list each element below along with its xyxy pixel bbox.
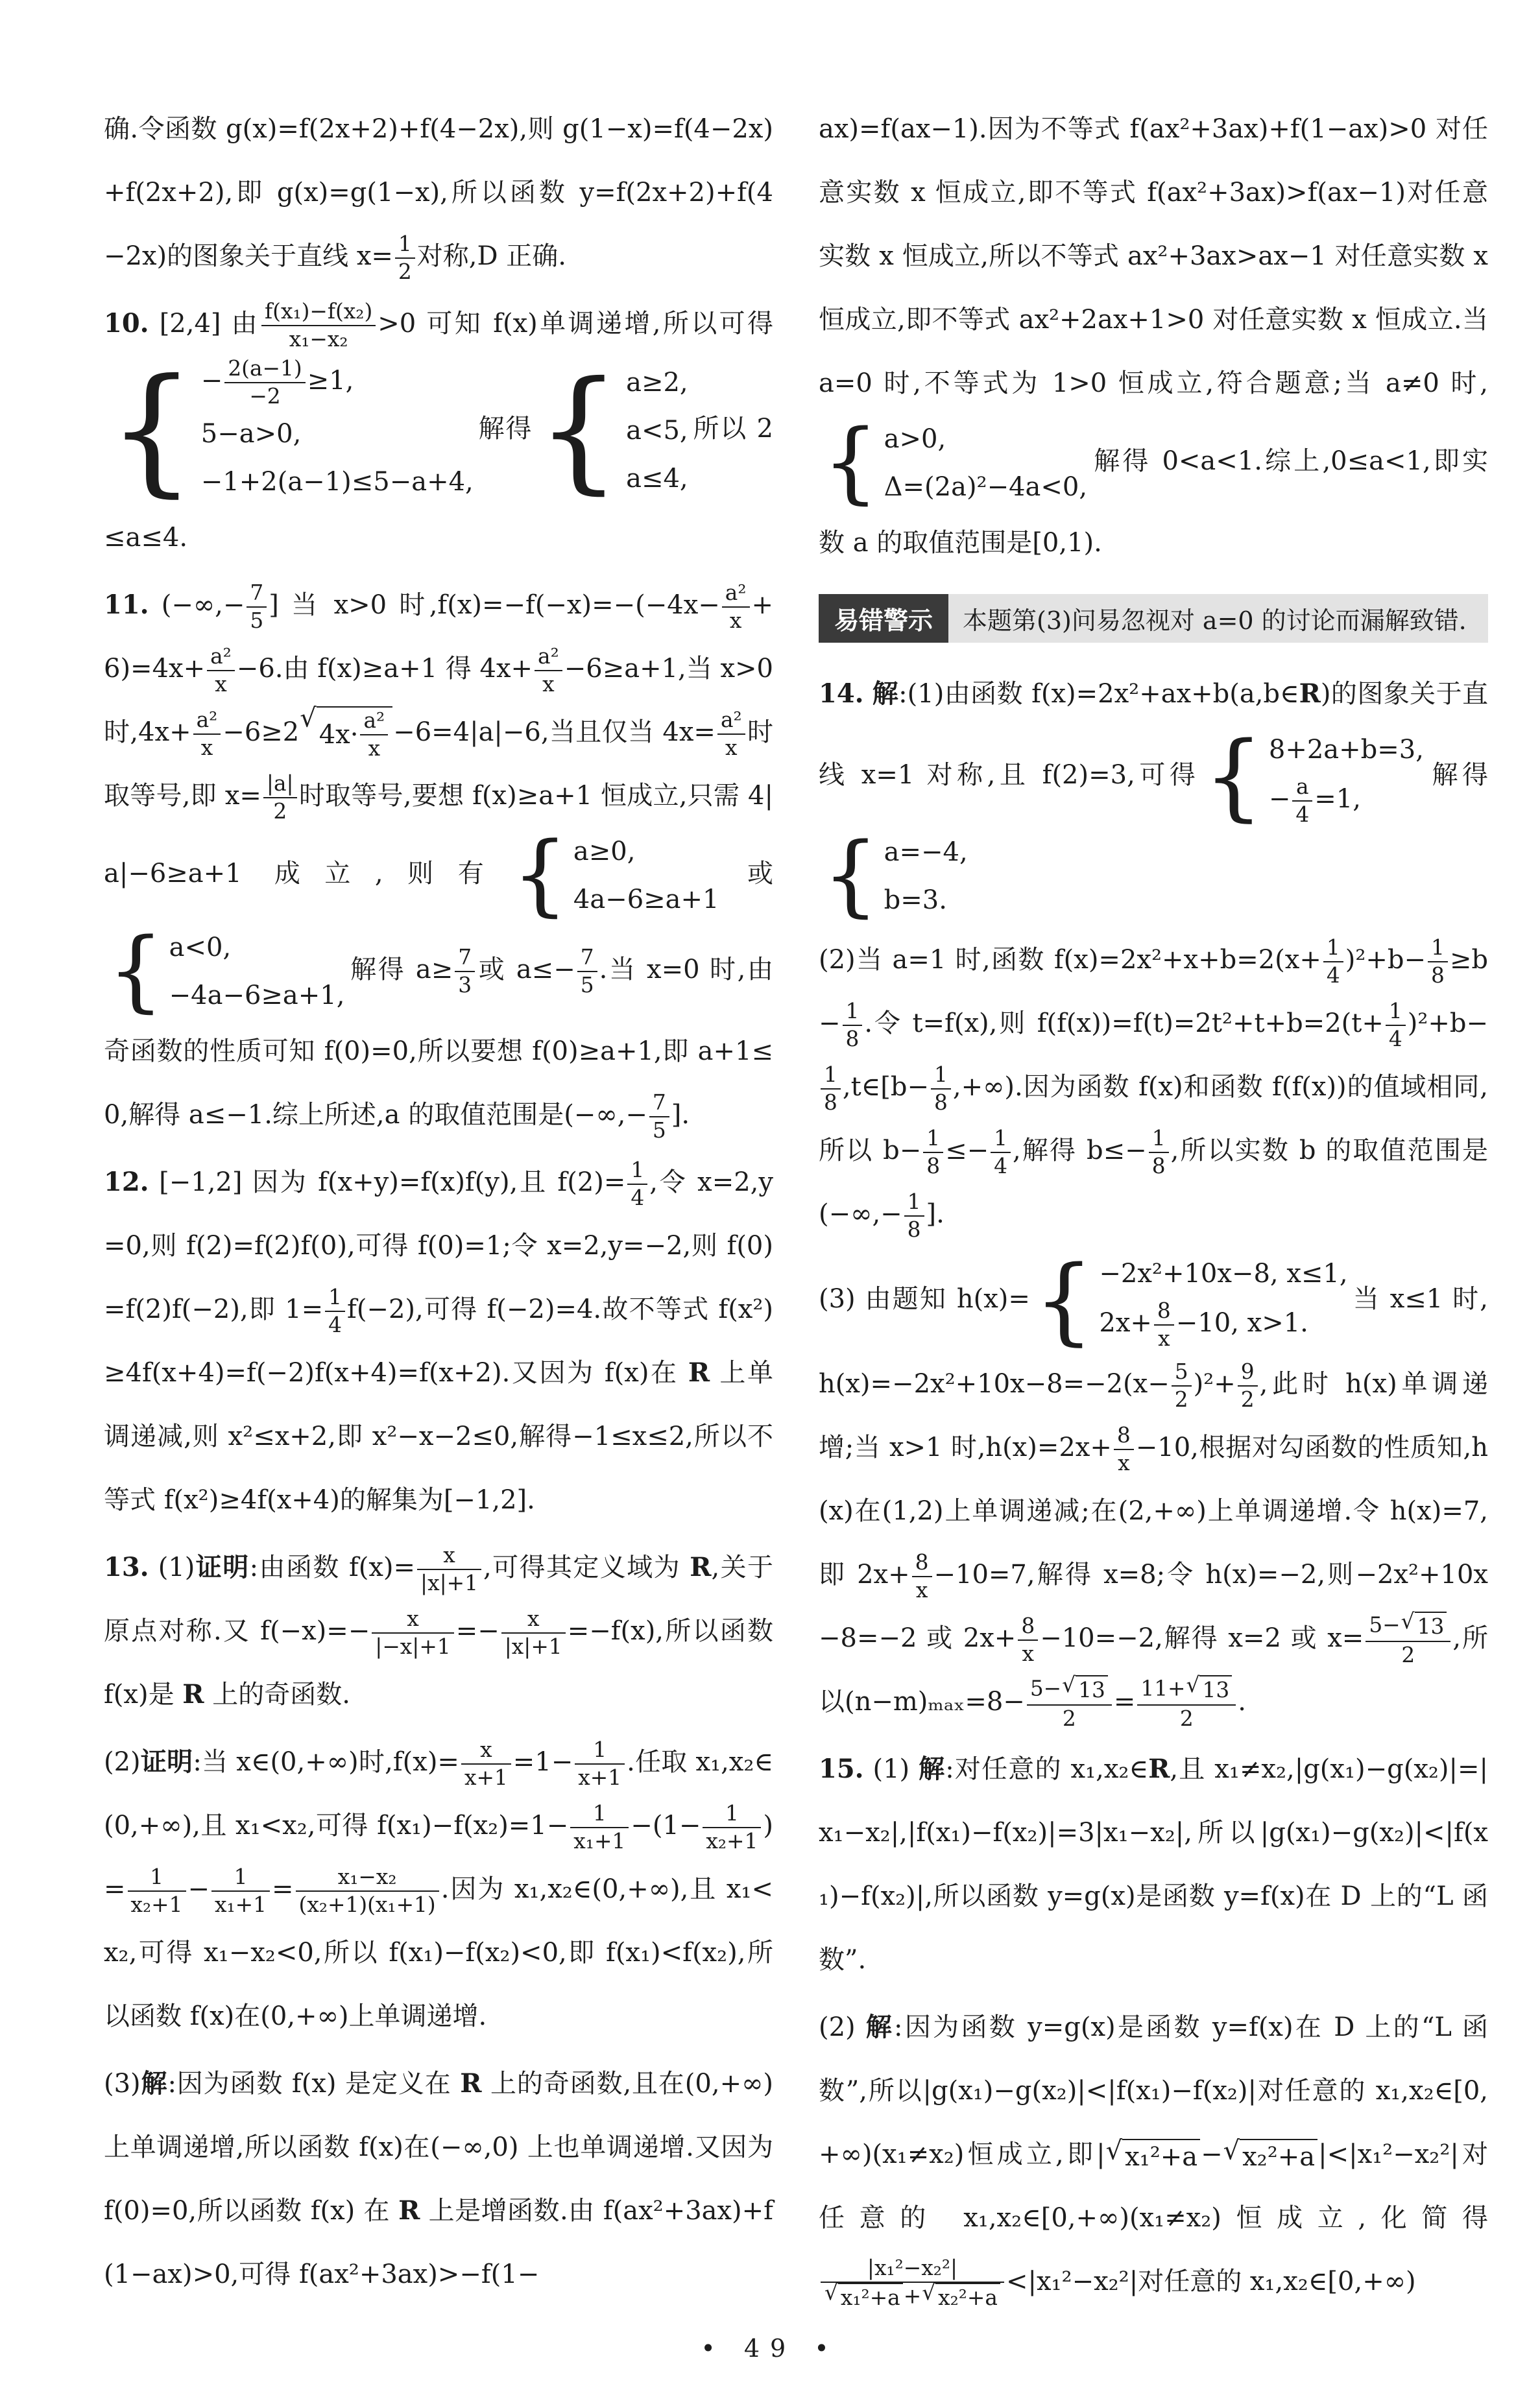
fraction: 5−√132 (1027, 1675, 1112, 1732)
fraction: 75 (577, 944, 597, 999)
fraction: 14 (1386, 998, 1406, 1053)
equation-system: {a≥0,4a−6≥a+1 (512, 828, 719, 924)
fraction: 5−√132 (1366, 1612, 1450, 1669)
radical: √13 (1062, 1675, 1108, 1704)
fraction: 1x₂+1 (703, 1800, 761, 1855)
fraction: x|x|+1 (417, 1542, 481, 1597)
radical: √13 (1186, 1675, 1233, 1704)
fraction: 8x (1018, 1613, 1038, 1667)
paragraph: 12. [−1,2] 因为 f(x+y)=f(x)f(y),且 f(2)=14,… (104, 1150, 773, 1532)
fraction: 73 (455, 944, 475, 999)
fraction: a²x (722, 580, 750, 634)
fraction: 8x (1114, 1422, 1134, 1477)
callout-label: 易错警示 (819, 594, 948, 643)
paragraph: 11. (−∞,−75] 当 x>0 时,f(x)=−f(−x)=−(−4x−a… (104, 573, 773, 1147)
fraction: a²x (193, 707, 221, 761)
paragraph: 10. [2,4] 由f(x₁)−f(x₂)x₁−x₂>0 可知 f(x)单调递… (104, 292, 773, 569)
fraction: 75 (649, 1090, 669, 1144)
fraction: 18 (1149, 1125, 1169, 1180)
fraction: 14 (1323, 935, 1343, 989)
fraction: 1x₁+1 (570, 1800, 629, 1855)
fraction: 1x₂+1 (128, 1864, 186, 1918)
callout-text: 本题第(3)问易忽视对 a=0 的讨论而漏解致错. (948, 594, 1488, 643)
fraction: 8x (912, 1549, 932, 1604)
two-column-layout: 确.令函数 g(x)=f(2x+2)+f(4−2x),则 g(1−x)=f(4−… (104, 97, 1488, 2317)
fraction: 1x₁+1 (211, 1864, 270, 1918)
fraction: 52 (1172, 1359, 1192, 1413)
fraction: 18 (904, 1189, 924, 1243)
fraction: 14 (991, 1125, 1011, 1180)
warning-callout: 易错警示本题第(3)问易忽视对 a=0 的讨论而漏解致错. (819, 594, 1488, 643)
radical: √x₂²+a (922, 2283, 1000, 2312)
equation-system: {−2(a−1)−2≥1,5−a>0,−1+2(a−1)≤5−a+4, (108, 355, 474, 506)
fraction: 92 (1238, 1359, 1258, 1413)
equation-system: {a>0,Δ=(2a)²−4a<0, (823, 415, 1087, 511)
paragraph: 确.令函数 g(x)=f(2x+2)+f(4−2x),则 g(1−x)=f(4−… (104, 97, 773, 288)
equation-system: {a<0,−4a−6≥a+1, (108, 924, 344, 1019)
fraction: 11+√132 (1137, 1675, 1236, 1732)
fraction: 18 (923, 1125, 943, 1180)
equation-system: {a≥2,a<5,a≤4, (536, 359, 688, 503)
paragraph: (2)当 a=1 时,函数 f(x)=2x²+x+b=2(x+14)²+b−18… (819, 928, 1488, 1246)
radical: √x₁²+a (1106, 2139, 1201, 2174)
page-number: • 49 • (0, 2334, 1540, 2363)
fraction: |x₁²−x₂²|√x₁²+a+√x₂²+a (821, 2255, 1004, 2312)
fraction: 18 (1428, 935, 1448, 989)
paragraph: (2)证明:当 x∈(0,+∞)时,f(x)=xx+1=1−1x+1.任取 x₁… (104, 1730, 773, 2048)
radical: √4x·a²x (300, 706, 392, 762)
fraction: xx+1 (461, 1737, 511, 1791)
fraction: 8x (1154, 1298, 1174, 1352)
fraction: 14 (627, 1157, 647, 1211)
paragraph: 13. (1)证明:由函数 f(x)=x|x|+1,可得其定义域为 R,关于原点… (104, 1536, 773, 1726)
fraction: 14 (325, 1284, 345, 1339)
equation-system: {−2x²+10x−8, x≤1,2x+8x−10, x>1. (1034, 1250, 1348, 1352)
fraction: a²x (360, 708, 388, 762)
fraction: a4 (1292, 774, 1312, 828)
right-column: ax)=f(ax−1).因为不等式 f(ax²+3ax)+f(1−ax)>0 对… (819, 97, 1488, 2317)
equation-system: {8+2a+b=3,−a4=1, (1203, 726, 1424, 828)
fraction: 1x+1 (575, 1737, 625, 1791)
fraction: x|x|+1 (501, 1606, 566, 1660)
paragraph: ax)=f(ax−1).因为不等式 f(ax²+3ax)+f(1−ax)>0 对… (819, 97, 1488, 575)
fraction: |a|2 (263, 770, 297, 825)
fraction: 75 (247, 580, 267, 634)
paragraph: (3) 由题知 h(x)={−2x²+10x−8, x≤1,2x+8x−10, … (819, 1250, 1488, 1734)
fraction: 2(a−1)−2 (224, 355, 305, 410)
fraction: x₁−x₂(x₂+1)(x₁+1) (296, 1864, 439, 1918)
radical: √13 (1401, 1612, 1447, 1641)
radical: √x₁²+a (824, 2283, 903, 2312)
fraction: 18 (821, 1062, 841, 1116)
left-column: 确.令函数 g(x)=f(2x+2)+f(4−2x),则 g(1−x)=f(4−… (104, 97, 773, 2310)
radical: √x₂²+a (1223, 2139, 1318, 2174)
equation-system: {a=−4,b=3. (823, 828, 968, 924)
fraction: a²x (535, 643, 562, 698)
fraction: 12 (395, 231, 415, 285)
fraction: x|−x|+1 (372, 1606, 453, 1660)
fraction: a²x (717, 707, 745, 761)
paragraph: 15. (1) 解:对任意的 x₁,x₂∈R,且 x₁≠x₂,|g(x₁)−g(… (819, 1737, 1488, 1992)
fraction: 18 (931, 1062, 951, 1116)
paragraph: (2) 解:因为函数 y=g(x)是函数 y=f(x)在 D 上的“L 函数”,… (819, 1996, 1488, 2313)
paragraph: (3)解:因为函数 f(x) 是定义在 R 上的奇函数,且在(0,+∞)上单调递… (104, 2052, 773, 2306)
fraction: f(x₁)−f(x₂)x₁−x₂ (261, 298, 376, 353)
paragraph: 14. 解:(1)由函数 f(x)=2x²+ax+b(a,b∈R)的图象关于直线… (819, 662, 1488, 924)
textbook-answer-page: 确.令函数 g(x)=f(2x+2)+f(4−2x),则 g(1−x)=f(4−… (0, 0, 1540, 2408)
fraction: a²x (207, 643, 235, 698)
fraction: 18 (843, 998, 863, 1053)
